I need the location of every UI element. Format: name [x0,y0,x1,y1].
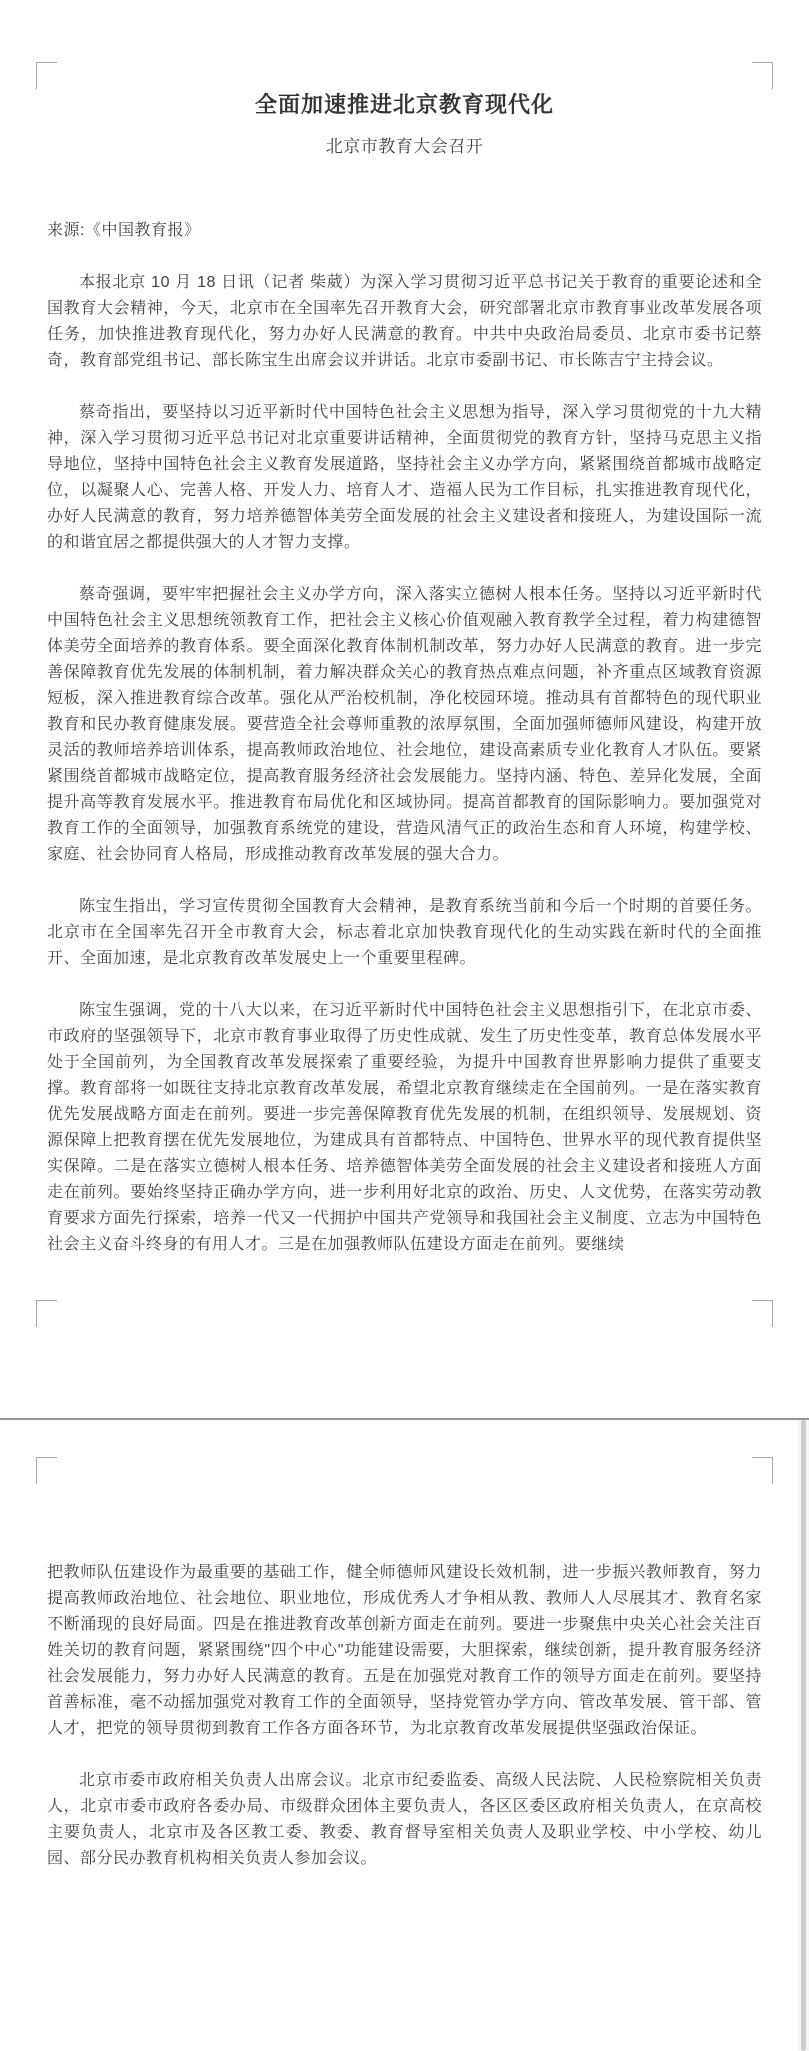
text-boundary-mark-top-right [752,1457,773,1484]
text-boundary-mark-bottom-right [752,1300,773,1327]
page-1-text-area: 全面加速推进北京教育现代化 北京市教育大会召开 来源:《中国教育报》 本报北京 … [0,0,809,1258]
body-paragraph: 蔡奇指出，要坚持以习近平新时代中国特色社会主义思想为指导，深入学习贯彻党的十九大… [47,400,762,556]
body-paragraph-continuation: 把教师队伍建设作为最重要的基础工作，健全师德师风建设长效机制，进一步振兴教师教育… [47,1560,762,1742]
scrollbar-track[interactable] [798,1420,809,2051]
word-document-view: { "colors": { "page_background": "#fffff… [0,0,809,2051]
text-boundary-mark-top-left [36,1457,57,1484]
source-line: 来源:《中国教育报》 [47,218,762,244]
article-subtitle: 北京市教育大会召开 [47,134,762,160]
body-paragraph: 陈宝生指出，学习宣传贯彻全国教育大会精神，是教育系统当前和今后一个时期的首要任务… [47,894,762,972]
text-boundary-mark-top-right [752,62,773,89]
scrollbar-thumb[interactable] [801,1420,806,2051]
page-1: 全面加速推进北京教育现代化 北京市教育大会召开 来源:《中国教育报》 本报北京 … [0,0,809,1418]
text-boundary-mark-bottom-left [36,1300,57,1327]
page-2-text-area: 把教师队伍建设作为最重要的基础工作，健全师德师风建设长效机制，进一步振兴教师教育… [0,1420,809,1872]
text-boundary-mark-top-left [36,62,57,89]
body-paragraph: 北京市委市政府相关负责人出席会议。北京市纪委监委、高级人民法院、人民检察院相关负… [47,1768,762,1872]
body-paragraph: 蔡奇强调，要牢牢把握社会主义办学方向，深入落实立德树人根本任务。坚持以习近平新时… [47,582,762,868]
article-title: 全面加速推进北京教育现代化 [47,0,762,120]
page-2: 把教师队伍建设作为最重要的基础工作，健全师德师风建设长效机制，进一步振兴教师教育… [0,1420,809,2051]
body-paragraph: 本报北京 10 月 18 日讯（记者 柴葳）为深入学习贯彻习近平总书记关于教育的… [47,270,762,374]
body-paragraph: 陈宝生强调，党的十八大以来，在习近平新时代中国特色社会主义思想指引下，在北京市委… [47,998,762,1258]
